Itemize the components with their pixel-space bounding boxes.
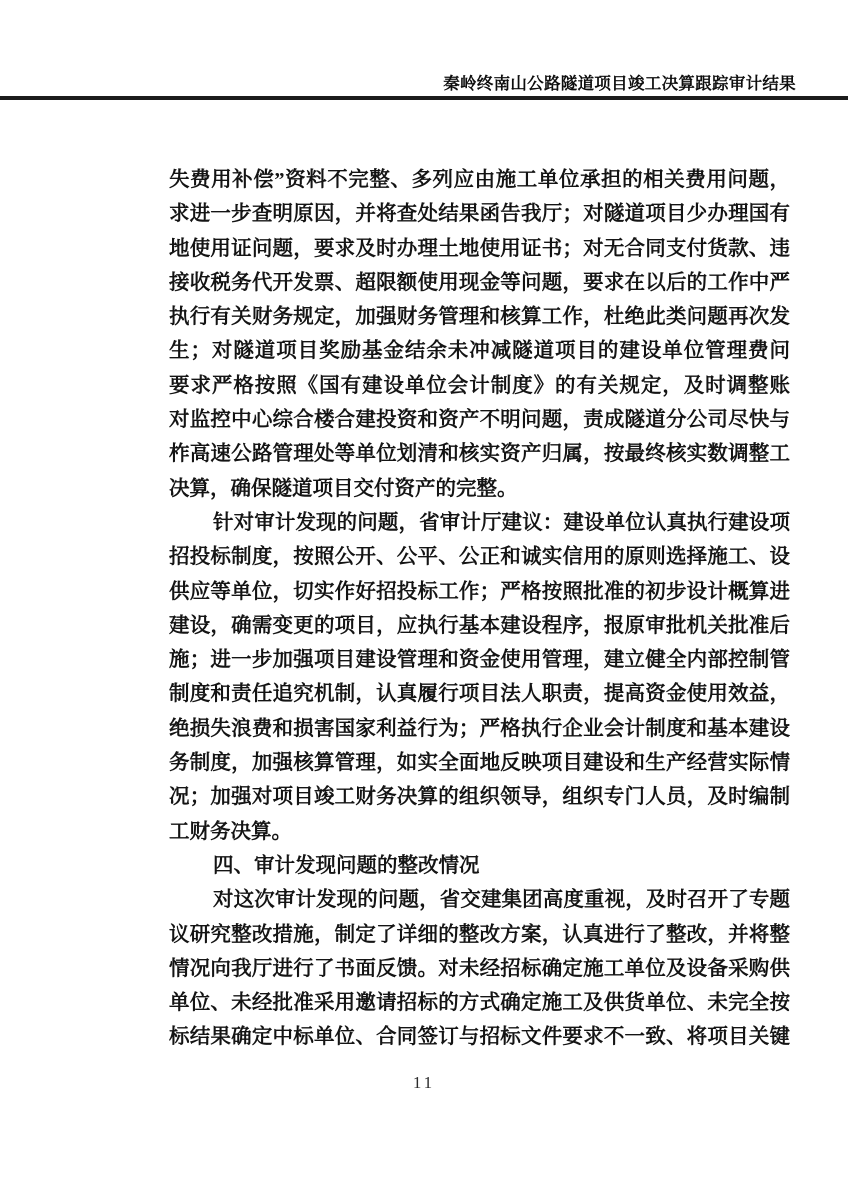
text-line: 柞高速公路管理处等单位划清和核实资产归属，按最终核实数调整工程	[169, 437, 790, 471]
page-footer: 11	[0, 1073, 848, 1093]
text-line: 对这次审计发现的问题，省交建集团高度重视，及时召开了专题会	[169, 883, 790, 917]
text-line: 施；进一步加强项目建设管理和资金使用管理，建立健全内部控制管理	[169, 643, 790, 677]
page-number: 11	[413, 1073, 435, 1092]
text-line: 生；对隧道项目奖励基金结余未冲减隧道项目的建设单位管理费问题，	[169, 334, 790, 368]
text-line: 地使用证问题，要求及时办理土地使用证书；对无合同支付货款、违规	[169, 232, 790, 266]
text-line: 招投标制度，按照公开、公平、公正和诚实信用的原则选择施工、设备	[169, 540, 790, 574]
text-line: 议研究整改措施，制定了详细的整改方案，认真进行了整改，并将整改	[169, 918, 790, 952]
text-line: 绝损失浪费和损害国家利益行为；严格执行企业会计制度和基本建设财	[169, 712, 790, 746]
text-line: 供应等单位，切实作好招投标工作；严格按照批准的初步设计概算进行	[169, 575, 790, 609]
text-line: 执行有关财务规定，加强财务管理和核算工作，杜绝此类问题再次发	[169, 300, 790, 334]
document-body: 失费用补偿”资料不完整、多列应由施工单位承担的相关费用问题，要求进一步查明原因，…	[169, 163, 790, 1055]
text-line: 况；加强对项目竣工财务决算的组织领导，组织专门人员，及时编制竣	[169, 780, 790, 814]
text-line: 决算，确保隧道项目交付资产的完整。	[169, 472, 790, 506]
text-line: 针对审计发现的问题，省审计厅建议：建设单位认真执行建设项目	[169, 506, 790, 540]
text-line: 接收税务代开发票、超限额使用现金等问题，要求在以后的工作中严格	[169, 266, 790, 300]
text-line: 失费用补偿”资料不完整、多列应由施工单位承担的相关费用问题，要	[169, 163, 790, 197]
text-line: 制度和责任追究机制，认真履行项目法人职责，提高资金使用效益，杜	[169, 677, 790, 711]
text-line: 务制度，加强核算管理，如实全面地反映项目建设和生产经营实际情	[169, 746, 790, 780]
text-line: 情况向我厅进行了书面反馈。对未经招标确定施工单位及设备采购供应	[169, 952, 790, 986]
text-line: 对监控中心综合楼合建投资和资产不明问题，责成隧道分公司尽快与西	[169, 403, 790, 437]
section-heading: 四、审计发现问题的整改情况	[169, 849, 790, 883]
text-line: 要求严格按照《国有建设单位会计制度》的有关规定，及时调整账务；	[169, 369, 790, 403]
text-line: 标结果确定中标单位、合同签订与招标文件要求不一致、将项目关键性	[169, 1020, 790, 1054]
document-page: 秦岭终南山公路隧道项目竣工决算跟踪审计结果 失费用补偿”资料不完整、多列应由施工…	[0, 0, 848, 1200]
text-line: 求进一步查明原因，并将查处结果函告我厅；对隧道项目少办理国有土	[169, 197, 790, 231]
header-rule	[0, 96, 848, 100]
text-line: 建设，确需变更的项目，应执行基本建设程序，报原审批机关批准后实	[169, 609, 790, 643]
text-line: 工财务决算。	[169, 815, 790, 849]
header-title: 秦岭终南山公路隧道项目竣工决算跟踪审计结果	[443, 70, 796, 94]
text-line: 单位、未经批准采用邀请招标的方式确定施工及供货单位、未完全按中	[169, 986, 790, 1020]
